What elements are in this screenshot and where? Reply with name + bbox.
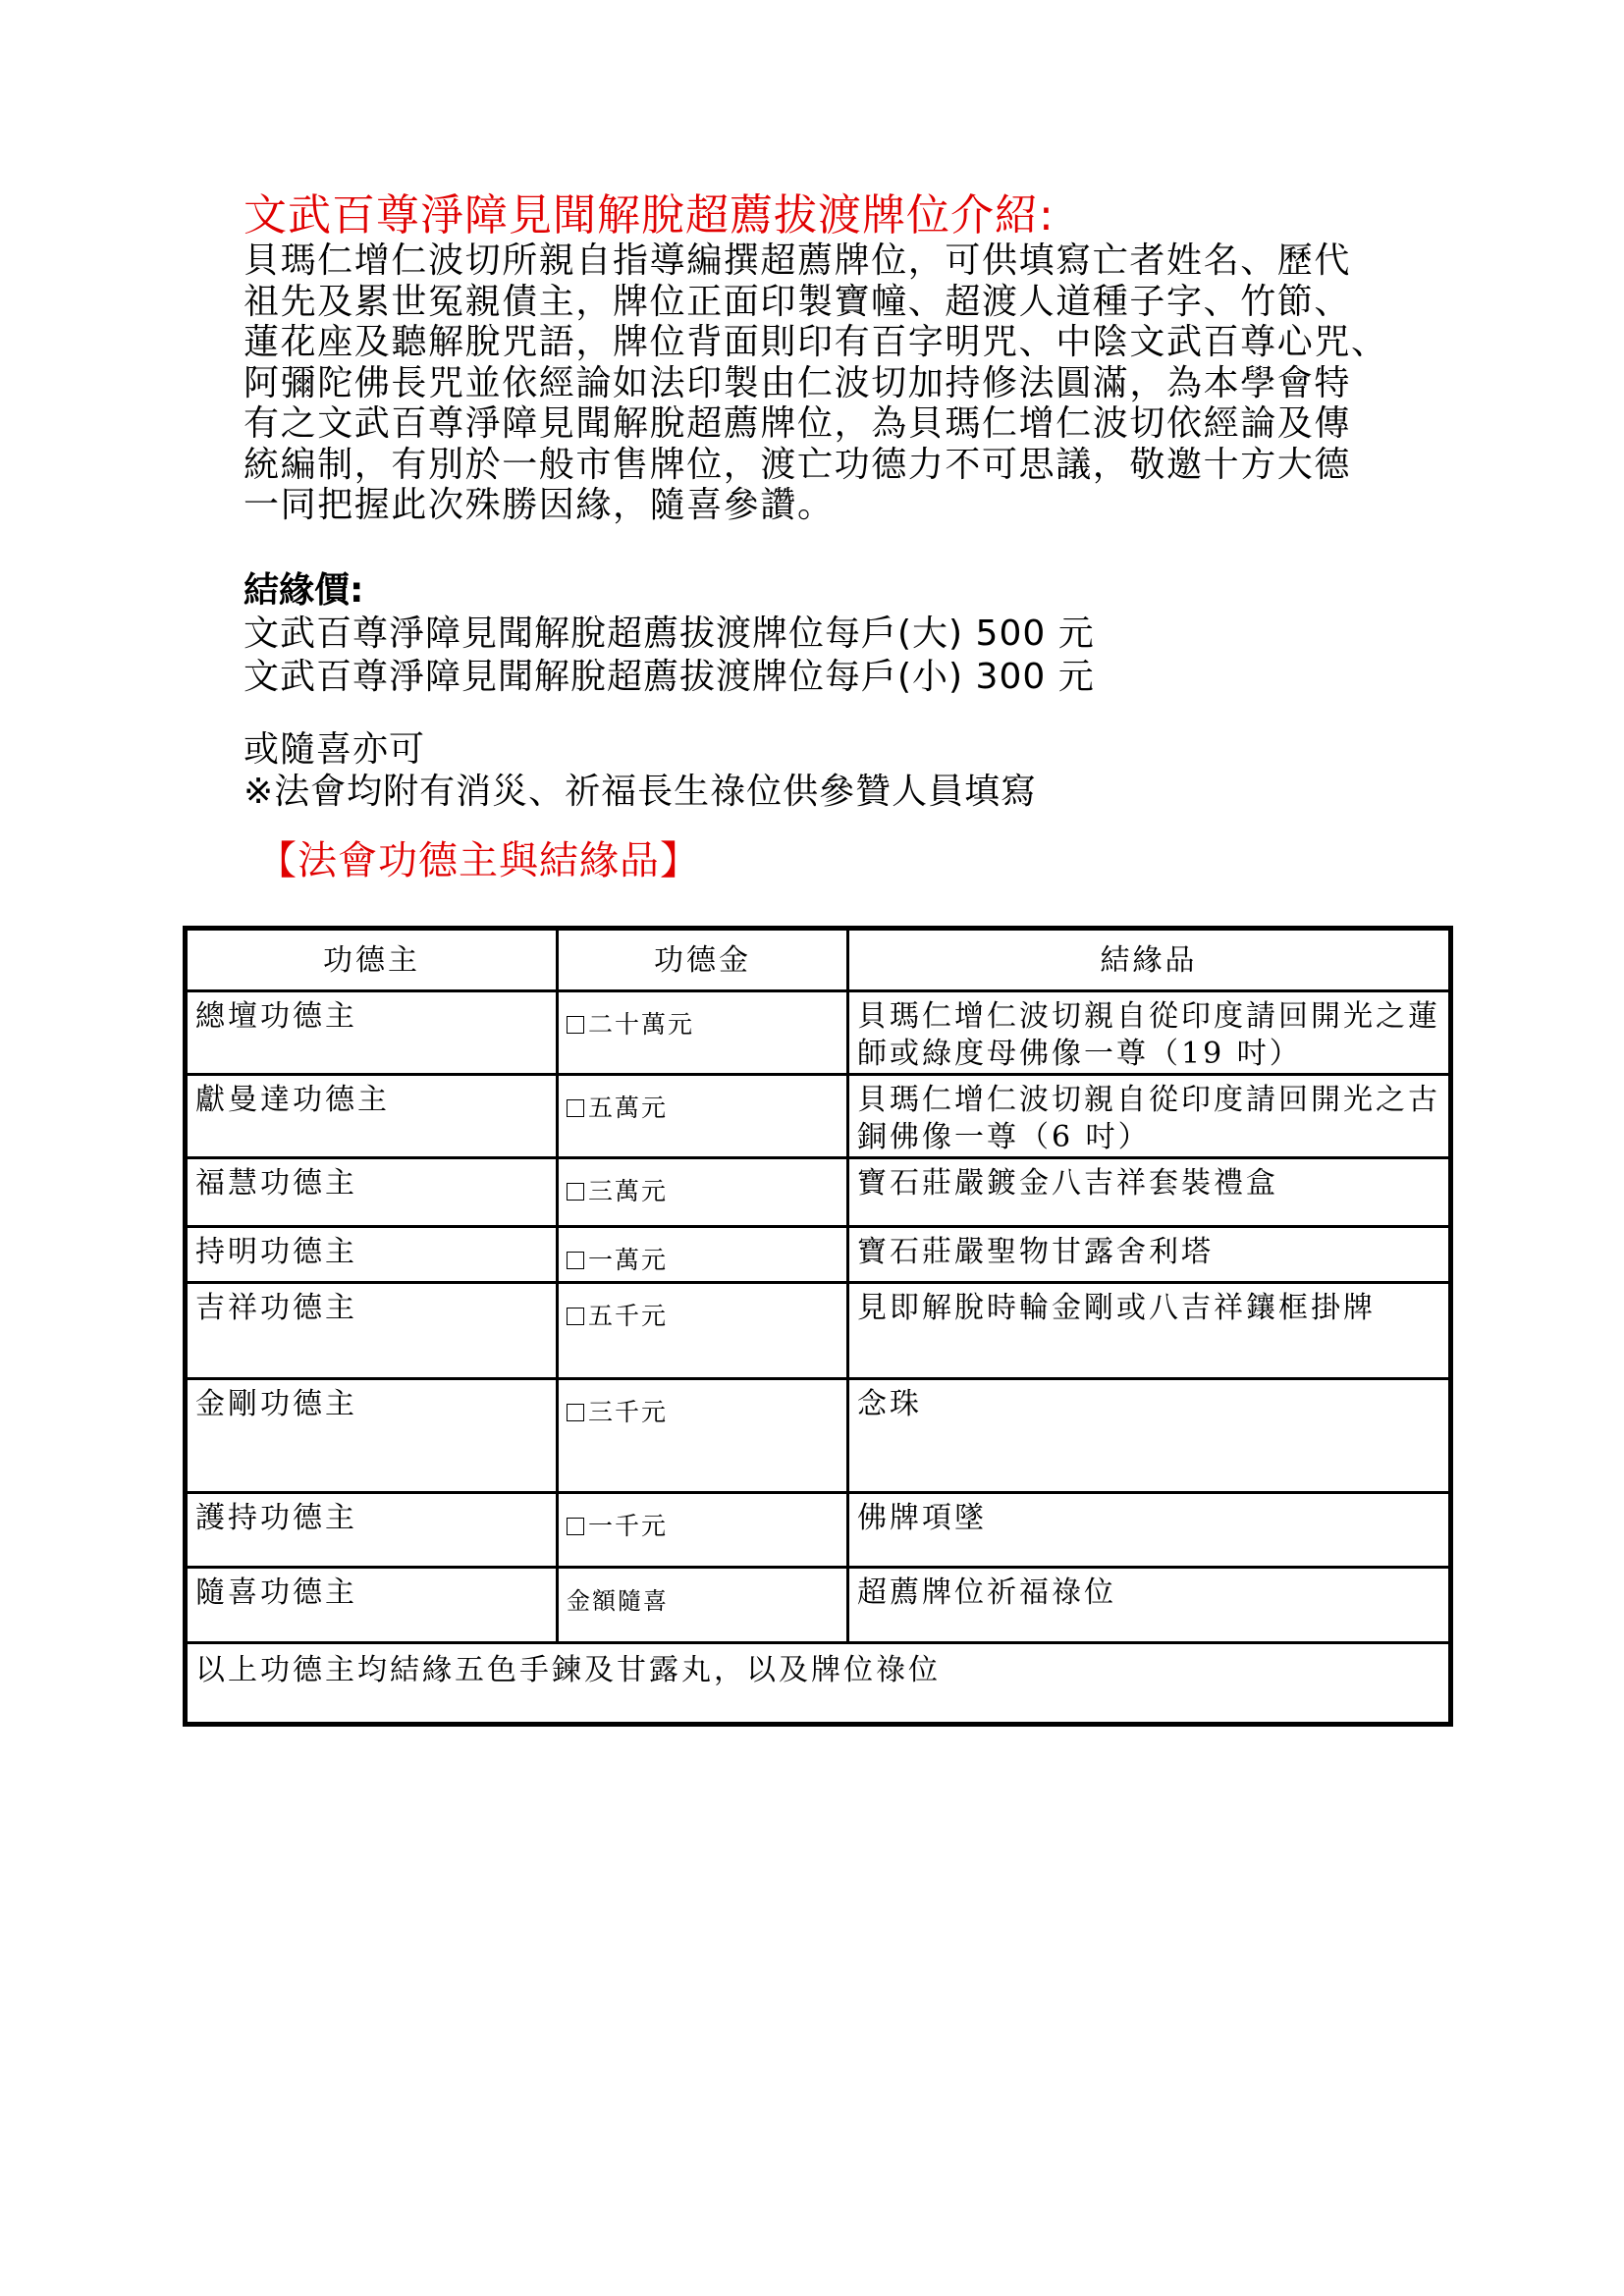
section-heading: 【法會功德主與結緣品】 [257, 838, 700, 883]
sponsor-cell: 金剛功德主 [186, 1379, 558, 1493]
checkbox-icon[interactable] [567, 1518, 584, 1535]
note-line: ※法會均附有消災、祈福長生祿位供參贊人員填寫 [244, 771, 1037, 813]
checkbox-icon[interactable] [567, 1016, 584, 1034]
intro-line: 統編制，有別於一般市售牌位，渡亡功德力不可思議，敬邀十方大德 [244, 445, 1382, 486]
column-header-amount: 功德金 [558, 929, 848, 991]
intro-line: 蓮花座及聽解脫咒語，牌位背面則印有百字明咒、中陰文武百尊心咒、 [244, 322, 1382, 363]
checkbox-icon[interactable] [567, 1404, 584, 1421]
price-item-small: 文武百尊淨障見聞解脫超薦拔渡牌位每戶(小) 300 元 [244, 656, 1095, 699]
intro-line: 有之文武百尊淨障見聞解脫超薦牌位，為貝瑪仁增仁波切依經論及傳 [244, 403, 1382, 445]
amount-label: 二十萬元 [588, 1010, 694, 1039]
amount-cell: 五千元 [558, 1283, 848, 1379]
column-header-gift: 結緣品 [848, 929, 1451, 991]
amount-label: 五萬元 [588, 1094, 668, 1122]
amount-label: 三萬元 [588, 1177, 668, 1205]
gift-cell: 寶石莊嚴聖物甘露舍利塔 [848, 1227, 1451, 1283]
amount-label: 一萬元 [588, 1246, 668, 1274]
gift-cell: 貝瑪仁增仁波切親自從印度請回開光之古銅佛像一尊（6 吋） [848, 1075, 1451, 1158]
price-item-large: 文武百尊淨障見聞解脫超薦拔渡牌位每戶(大) 500 元 [244, 613, 1095, 656]
intro-line: 阿彌陀佛長咒並依經論如法印製由仁波切加持修法圓滿，為本學會特 [244, 363, 1382, 404]
amount-label: 三千元 [588, 1398, 668, 1426]
table-row: 護持功德主 一千元 佛牌項墜 [186, 1493, 1451, 1568]
notes-section: 或隨喜亦可 ※法會均附有消災、祈福長生祿位供參贊人員填寫 [244, 728, 1037, 813]
sponsor-cell: 吉祥功德主 [186, 1283, 558, 1379]
document-page: 文武百尊淨障見聞解脫超薦拔渡牌位介紹: 貝瑪仁增仁波切所親自指導編撰超薦牌位，可… [0, 0, 1624, 2296]
sponsor-cell: 護持功德主 [186, 1493, 558, 1568]
column-header-sponsor: 功德主 [186, 929, 558, 991]
amount-cell: 金額隨喜 [558, 1568, 848, 1643]
amount-label: 金額隨喜 [567, 1587, 669, 1615]
intro-line: 祖先及累世冤親債主，牌位正面印製寶幢、超渡人道種子字、竹節、 [244, 282, 1382, 323]
amount-label: 一千元 [588, 1512, 668, 1540]
amount-cell: 一萬元 [558, 1227, 848, 1283]
gift-cell: 佛牌項墜 [848, 1493, 1451, 1568]
table-row: 總壇功德主 二十萬元 貝瑪仁增仁波切親自從印度請回開光之蓮師或綠度母佛像一尊（1… [186, 991, 1451, 1075]
checkbox-icon[interactable] [567, 1099, 584, 1117]
amount-cell: 一千元 [558, 1493, 848, 1568]
checkbox-icon[interactable] [567, 1308, 584, 1325]
gift-cell: 超薦牌位祈福祿位 [848, 1568, 1451, 1643]
sponsor-cell: 福慧功德主 [186, 1158, 558, 1227]
table-row: 獻曼達功德主 五萬元 貝瑪仁增仁波切親自從印度請回開光之古銅佛像一尊（6 吋） [186, 1075, 1451, 1158]
gift-cell: 念珠 [848, 1379, 1451, 1493]
table-row: 福慧功德主 三萬元 寶石莊嚴鍍金八吉祥套裝禮盒 [186, 1158, 1451, 1227]
table-row: 金剛功德主 三千元 念珠 [186, 1379, 1451, 1493]
gift-cell: 貝瑪仁增仁波切親自從印度請回開光之蓮師或綠度母佛像一尊（19 吋） [848, 991, 1451, 1075]
sponsor-cell: 持明功德主 [186, 1227, 558, 1283]
note-line: 或隨喜亦可 [244, 728, 1037, 771]
checkbox-icon[interactable] [567, 1183, 584, 1201]
table-header-row: 功德主 功德金 結緣品 [186, 929, 1451, 991]
gift-cell: 寶石莊嚴鍍金八吉祥套裝禮盒 [848, 1158, 1451, 1227]
sponsor-cell: 總壇功德主 [186, 991, 558, 1075]
amount-cell: 三千元 [558, 1379, 848, 1493]
table-row: 隨喜功德主 金額隨喜 超薦牌位祈福祿位 [186, 1568, 1451, 1643]
pricing-section: 結緣價: 文武百尊淨障見聞解脫超薦拔渡牌位每戶(大) 500 元 文武百尊淨障見… [244, 569, 1095, 699]
intro-title: 文武百尊淨障見聞解脫超薦拔渡牌位介紹: [244, 192, 1055, 240]
sponsor-cell: 獻曼達功德主 [186, 1075, 558, 1158]
merit-table: 功德主 功德金 結緣品 總壇功德主 二十萬元 貝瑪仁增仁波切親自從印度請回開光之… [183, 926, 1453, 1727]
sponsor-cell: 隨喜功德主 [186, 1568, 558, 1643]
amount-cell: 三萬元 [558, 1158, 848, 1227]
pricing-heading: 結緣價: [244, 569, 1095, 613]
amount-cell: 五萬元 [558, 1075, 848, 1158]
table-footer-row: 以上功德主均結緣五色手鍊及甘露丸，以及牌位祿位 [186, 1643, 1451, 1725]
checkbox-icon[interactable] [567, 1252, 584, 1269]
table-footer-note: 以上功德主均結緣五色手鍊及甘露丸，以及牌位祿位 [186, 1643, 1451, 1725]
table-row: 持明功德主 一萬元 寶石莊嚴聖物甘露舍利塔 [186, 1227, 1451, 1283]
gift-cell: 見即解脫時輪金剛或八吉祥鑲框掛牌 [848, 1283, 1451, 1379]
intro-paragraph: 貝瑪仁增仁波切所親自指導編撰超薦牌位，可供填寫亡者姓名、歷代 祖先及累世冤親債主… [244, 240, 1382, 526]
table-row: 吉祥功德主 五千元 見即解脫時輪金剛或八吉祥鑲框掛牌 [186, 1283, 1451, 1379]
amount-label: 五千元 [588, 1302, 668, 1330]
amount-cell: 二十萬元 [558, 991, 848, 1075]
intro-line: 一同把握此次殊勝因緣，隨喜參讚。 [244, 485, 1382, 526]
intro-line: 貝瑪仁增仁波切所親自指導編撰超薦牌位，可供填寫亡者姓名、歷代 [244, 240, 1382, 282]
